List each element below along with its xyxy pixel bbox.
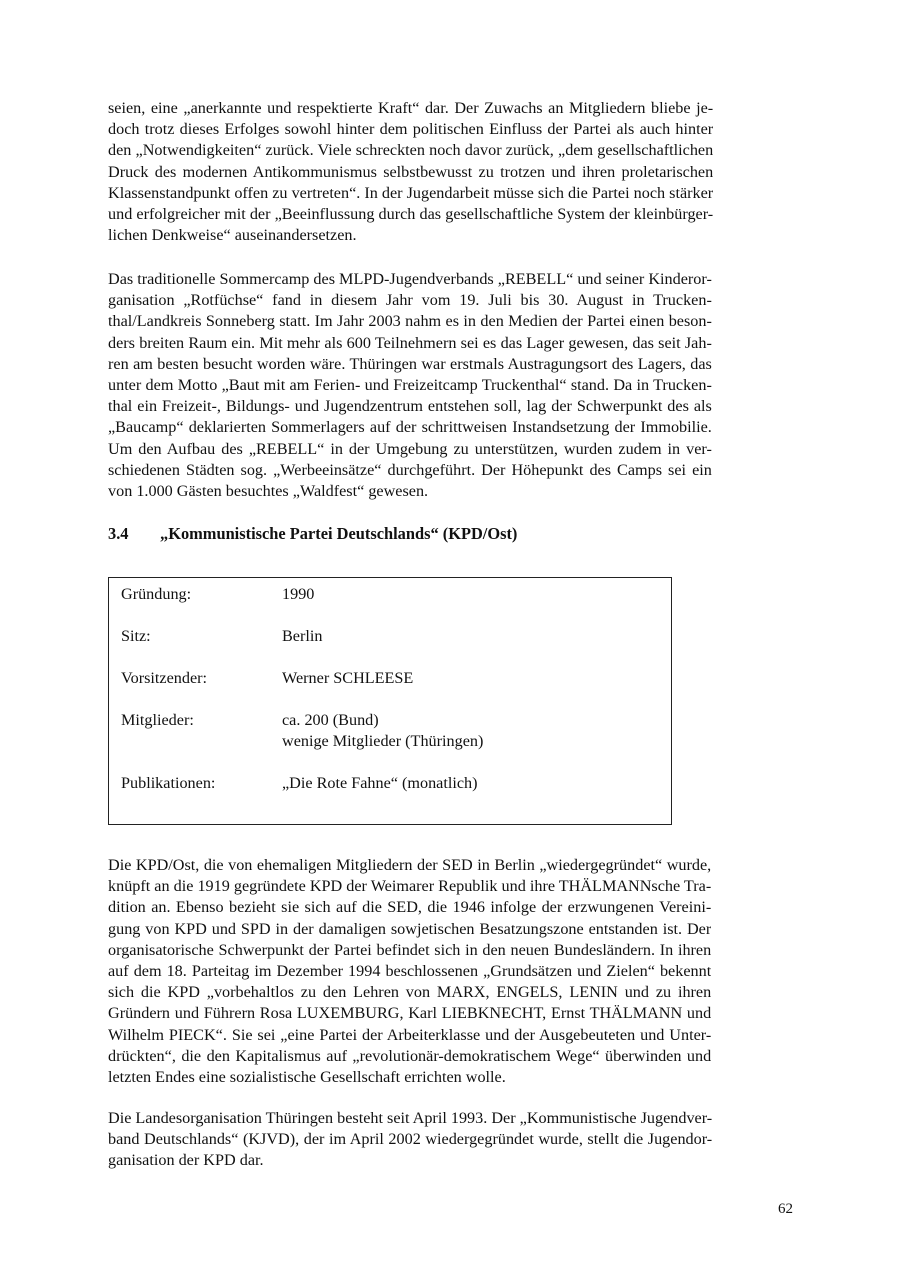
info-value-line: ca. 200 (Bund): [282, 710, 483, 731]
text-line: lichen Denkweise“ auseinandersetzen.: [108, 225, 713, 246]
text-line: drückten“, die den Kapitalismus auf „rev…: [108, 1046, 711, 1067]
text-line: den „Notwendigkeiten“ zurück. Viele schr…: [108, 140, 713, 161]
info-value-line: wenige Mitglieder (Thüringen): [282, 731, 483, 752]
text-line: seien, eine „anerkannte und respektierte…: [108, 98, 713, 119]
info-value-line: Werner SCHLEESE: [282, 668, 413, 689]
section-number: 3.4: [108, 523, 160, 544]
text-line: ders breiten Raum ein. Mit mehr als 600 …: [108, 333, 712, 354]
text-line: und erfolgreicher mit der „Beeinflussung…: [108, 204, 713, 225]
text-line: unter dem Motto „Baut mit am Ferien- und…: [108, 375, 712, 396]
text-line: dition an. Ebenso bezieht sie sich auf d…: [108, 897, 711, 918]
info-label: Gründung:: [121, 584, 191, 605]
paragraph-kpd-description: Die KPD/Ost, die von ehemaligen Mitglied…: [108, 855, 711, 1088]
text-line: thal ein Freizeit-, Bildungs- und Jugend…: [108, 396, 712, 417]
text-line: Um den Aufbau des „REBELL“ in der Umgebu…: [108, 439, 712, 460]
text-line: von 1.000 Gästen besuchtes „Waldfest“ ge…: [108, 481, 712, 502]
info-value: „Die Rote Fahne“ (monatlich): [282, 773, 478, 794]
info-value: Berlin: [282, 626, 322, 647]
text-line: Die Landesorganisation Thüringen besteht…: [108, 1108, 712, 1129]
text-line: Das traditionelle Sommercamp des MLPD-Ju…: [108, 269, 712, 290]
paragraph-summer-camp: Das traditionelle Sommercamp des MLPD-Ju…: [108, 269, 712, 502]
text-line: Gründern und Führern Rosa LUXEMBURG, Kar…: [108, 1003, 711, 1024]
text-line: organisatorische Schwerpunkt der Partei …: [108, 940, 711, 961]
organization-info-box: Gründung: 1990 Sitz: Berlin Vorsitzender…: [108, 577, 672, 825]
text-line: doch trotz dieses Erfolges sowohl hinter…: [108, 119, 713, 140]
text-line: Druck des modernen Antikommunismus selbs…: [108, 162, 713, 183]
text-line: schiedenen Städten sog. „Werbeeinsätze“ …: [108, 460, 712, 481]
info-value: 1990: [282, 584, 314, 605]
section-heading: 3.4„Kommunistische Partei Deutschlands“ …: [108, 523, 517, 544]
text-line: ganisation der KPD dar.: [108, 1150, 712, 1171]
info-value-line: Berlin: [282, 626, 322, 647]
page-number: 62: [778, 1199, 793, 1219]
info-value: Werner SCHLEESE: [282, 668, 413, 689]
info-label: Mitglieder:: [121, 710, 194, 731]
info-value: ca. 200 (Bund) wenige Mitglieder (Thürin…: [282, 710, 483, 752]
text-line: thal/Landkreis Sonneberg statt. Im Jahr …: [108, 311, 712, 332]
info-value-line: „Die Rote Fahne“ (monatlich): [282, 773, 478, 794]
text-line: ganisation „Rotfüchse“ fand in diesem Ja…: [108, 290, 712, 311]
paragraph-mlpd-membership: seien, eine „anerkannte und respektierte…: [108, 98, 713, 246]
text-line: letzten Endes eine sozialistische Gesell…: [108, 1067, 711, 1088]
text-line: sich die KPD „vorbehaltlos zu den Lehren…: [108, 982, 711, 1003]
paragraph-thuringia-organization: Die Landesorganisation Thüringen besteht…: [108, 1108, 712, 1172]
info-label: Sitz:: [121, 626, 151, 647]
section-title: „Kommunistische Partei Deutschlands“ (KP…: [160, 524, 517, 543]
text-line: gung von KPD und SPD in der damaligen so…: [108, 919, 711, 940]
info-label: Publikationen:: [121, 773, 215, 794]
info-label: Vorsitzender:: [121, 668, 207, 689]
text-line: band Deutschlands“ (KJVD), der im April …: [108, 1129, 712, 1150]
text-line: Die KPD/Ost, die von ehemaligen Mitglied…: [108, 855, 711, 876]
text-line: knüpft an die 1919 gegründete KPD der We…: [108, 876, 711, 897]
text-line: auf dem 18. Parteitag im Dezember 1994 b…: [108, 961, 711, 982]
text-line: „Baucamp“ deklarierten Sommerlagers auf …: [108, 417, 712, 438]
text-line: Wilhelm PIECK“. Sie sei „eine Partei der…: [108, 1025, 711, 1046]
text-line: ren am besten besucht worden wäre. Thüri…: [108, 354, 712, 375]
info-value-line: 1990: [282, 584, 314, 605]
text-line: Klassenstandpunkt offen zu vertreten“. I…: [108, 183, 713, 204]
